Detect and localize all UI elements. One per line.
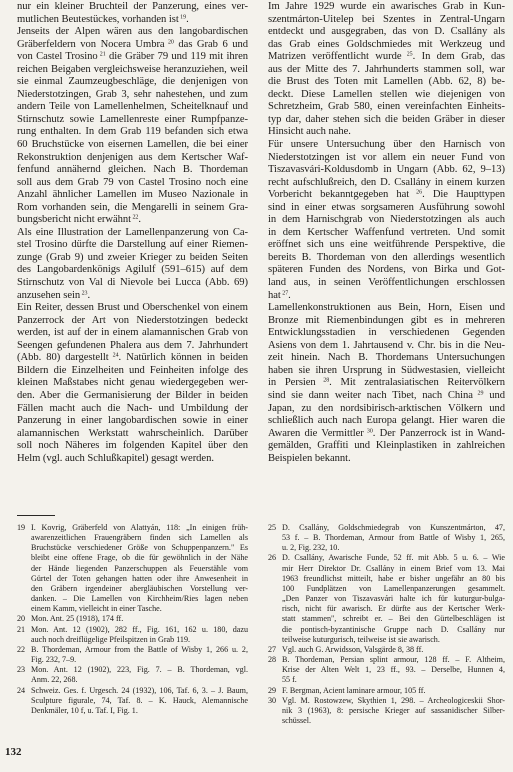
footnote-26: 26D. Csallány, Awarische Funde, 52 ff. m… bbox=[268, 553, 505, 644]
footnote-24: 24Schweiz. Ges. f. Urgesch. 24 (1932), 1… bbox=[17, 686, 248, 716]
footnote-23: 23Mon. Ant. 12 (1902), 223, Fig. 7. – B.… bbox=[17, 665, 248, 685]
footnote-line: Gürtel der Toten gehangen hatten oder ih… bbox=[31, 574, 248, 584]
text-line: andern Teile von Lamellenhelmen, Scheite… bbox=[17, 101, 248, 114]
footnote-reference[interactable]: 30 bbox=[364, 428, 373, 434]
text-line: Stirnschutz von Val di Nievole bei Lucca… bbox=[17, 277, 248, 290]
text-line: in dem Kertscher Waffenfund vertreten. U… bbox=[268, 227, 505, 240]
footnote-line: Vgl. auch G. Arwidsson, Valsgärde 8, 38 … bbox=[282, 645, 505, 655]
footnote-number: 23 bbox=[17, 665, 25, 675]
text-line: Matrizen veröffentlicht wurde 25. In dem… bbox=[268, 51, 505, 64]
text-line: Hinsicht auch nahe. bbox=[268, 126, 505, 139]
footnote-reference[interactable]: 23 bbox=[80, 290, 87, 296]
text-line: Gräberfeldern von Nocera Umbra 20 das Gr… bbox=[17, 39, 248, 52]
footnotes-right: 25D. Csallány, Goldschmiedegrab von Kuns… bbox=[268, 523, 505, 726]
text-line: Stirnschutz sowie Lamellenreste einer Ru… bbox=[17, 114, 248, 127]
text-line: sie einmal Zaumzeugbeschläge, die denjen… bbox=[17, 76, 248, 89]
footnote-22: 22B. Thordeman, Armour from the Battle o… bbox=[17, 645, 248, 665]
footnote-line: 1963 freundlichst mitteilt, habe er bish… bbox=[282, 574, 505, 584]
text-line: gemälden, Graffiti und Kleinplastiken in… bbox=[268, 440, 505, 453]
footnote-reference[interactable]: 20 bbox=[165, 39, 174, 45]
text-line: 60 Bruchstücke von eisernen Lamellen, di… bbox=[17, 139, 248, 152]
footnote-line: Schweiz. Ges. f. Urgesch. 24 (1932), 106… bbox=[31, 686, 248, 696]
footnote-line: risch, nicht für awarisch. Er dürfte aus… bbox=[282, 604, 505, 614]
text-line: Entwicklungsstadien in verschiedenen Geg… bbox=[268, 327, 505, 340]
footnote-line: danken. – Die Lamellen von Kirchheim/Rie… bbox=[31, 594, 248, 604]
page-number: 132 bbox=[5, 746, 22, 758]
text-line: (Abb. 80) dargestellt 24. Natürlich könn… bbox=[17, 352, 248, 365]
footnote-number: 26 bbox=[268, 553, 276, 563]
footnote-number: 20 bbox=[17, 614, 25, 624]
paragraph: Jenseits der Alpen wären aus den langoba… bbox=[17, 26, 248, 227]
footnote-reference[interactable]: 27 bbox=[281, 290, 288, 296]
text-line: Helm (vgl. auch Schlußkapitel) gesagt we… bbox=[17, 453, 248, 466]
text-line: deckt. Diese Lamellen stellen wie diejen… bbox=[268, 89, 505, 102]
paragraph: Im Jahre 1929 wurde ein awarisches Grab … bbox=[268, 1, 505, 139]
text-line: Asiens von dem 1. Jahrtausend v. Chr. bi… bbox=[268, 340, 505, 353]
text-line: Niederstotzingen ist vor allem ein neuer… bbox=[268, 152, 505, 165]
text-line: recht aufschlußreich, den D. Csallány in… bbox=[268, 177, 505, 190]
paragraph: Ein Reiter, dessen Brust und Oberschenke… bbox=[17, 302, 248, 465]
footnote-20: 20Mon. Ant. 25 (1918), 174 ff. bbox=[17, 614, 248, 624]
text-line: Rekonstruktion denjenigen aus dem Kertsc… bbox=[17, 152, 248, 165]
footnote-29: 29F. Bergman, Acient laminare armour, 10… bbox=[268, 686, 505, 696]
footnote-reference[interactable]: 24 bbox=[109, 353, 119, 359]
footnote-line: F. Bergman, Acient laminare armour, 105 … bbox=[282, 686, 505, 696]
footnote-number: 30 bbox=[268, 696, 276, 706]
text-line: Panzerung in einer langobardischen sowie… bbox=[17, 415, 248, 428]
text-line: Vorbericht bekanntgegeben hat 26. Die Ha… bbox=[268, 189, 505, 202]
footnote-number: 25 bbox=[268, 523, 276, 533]
text-line: Rom vorhanden sein, die Mengarelli in se… bbox=[17, 202, 248, 215]
text-line: mutlichen Beutestückes, vorhanden ist 19… bbox=[17, 14, 248, 27]
footnote-number: 24 bbox=[17, 686, 25, 696]
text-line: entdeckt und ausgegraben, das von D. Csa… bbox=[268, 26, 505, 39]
text-line: fenfund annähernd gleichen. Nach B. Thor… bbox=[17, 164, 248, 177]
paragraph: Für unsere Untersuchung über den Harnisc… bbox=[268, 139, 505, 302]
footnote-line: Mon. Ant. 12 (1902), 282 ff., Fig. 161, … bbox=[31, 625, 248, 635]
text-line: soll noch Näheres im folgenden Kapitel ü… bbox=[17, 440, 248, 453]
footnote-line: 53 f. – B. Thordeman, Armour from Battle… bbox=[282, 533, 505, 543]
text-line: eröffnet sich uns eine weitführende Pers… bbox=[268, 239, 505, 252]
footnote-line: mir Herr Direktor Dr. Csallány in einem … bbox=[282, 564, 505, 574]
footnote-line: Mon. Ant. 25 (1918), 174 ff. bbox=[31, 614, 248, 624]
text-line: rung enthalten. In dem Grab 119 befanden… bbox=[17, 126, 248, 139]
footnote-reference[interactable]: 29 bbox=[473, 390, 484, 396]
text-line: Ein Reiter, dessen Brust und Oberschenke… bbox=[17, 302, 248, 315]
text-line: reichen Beigaben vergleichsweise heranzu… bbox=[17, 64, 248, 77]
footnote-line: B. Thordeman, Armour from the Battle of … bbox=[31, 645, 248, 655]
footnote-line: D. Csallány, Awarische Funde, 52 ff. mit… bbox=[282, 553, 505, 563]
footnote-reference[interactable]: 25 bbox=[402, 52, 413, 58]
footnote-line: einem Kamm, vielleicht in einer Tasche. bbox=[31, 604, 248, 614]
text-line: Bildern die Einzelheiten und Feinheiten … bbox=[17, 365, 248, 378]
text-line: alamannischen Werkstatt wahrscheinlich. … bbox=[17, 428, 248, 441]
text-line: in dem Harnischgrab von Niederstotzingen… bbox=[268, 214, 505, 227]
text-line: zunge (Grab 9) und zweier Krieger zu bei… bbox=[17, 252, 248, 265]
footnote-line: Fig. 232, 7–9. bbox=[31, 655, 248, 665]
text-line: Anzahl ähnlicher Lamellen im Museo Nazio… bbox=[17, 189, 248, 202]
text-line: Beispielen bekannt. bbox=[268, 453, 505, 466]
text-line: das Grab eines Goldschmiedes mit Werkzeu… bbox=[268, 39, 505, 52]
book-page: nur ein kleiner Bruchteil der Panzerung,… bbox=[0, 0, 513, 772]
footnote-line: statt stammen", schreibt er. – Bei den G… bbox=[282, 614, 505, 624]
footnote-line: der Hände liegenden Panzerschuppen als F… bbox=[31, 564, 248, 574]
footnote-reference[interactable]: 22 bbox=[131, 215, 138, 221]
footnote-line: I. Kovrig, Gräberfeld von Alattyán, 118:… bbox=[31, 523, 248, 533]
footnote-line: nik 3 (1963), 8: persische Krieger auf s… bbox=[282, 706, 505, 716]
footnote-line: Bruchstücke verschiedener Größe von Schu… bbox=[31, 543, 248, 553]
footnote-line: auch noch dreiflügelige Pfeilspitzen in … bbox=[31, 635, 248, 645]
text-line: Niederstotzingen, Grab 3, sehr nahestehe… bbox=[17, 89, 248, 102]
footnote-line: „Den Panzer von Tiszavasvári halte ich f… bbox=[282, 594, 505, 604]
text-line: des Langobardenkönigs Agilulf (591–615) … bbox=[17, 264, 248, 277]
footnote-number: 29 bbox=[268, 686, 276, 696]
text-line: Lamellenkonstruktionen aus Bein, Horn, E… bbox=[268, 302, 505, 315]
footnote-30: 30Vgl. M. Rostowzew, Skythien 1, 298. – … bbox=[268, 696, 505, 726]
paragraph: nur ein kleiner Bruchteil der Panzerung,… bbox=[17, 1, 248, 26]
footnote-line: Krise der Alten Welt 1, 23 ff., 93. – De… bbox=[282, 665, 505, 675]
text-line: schließlich auch nach Europa gelangt. Hi… bbox=[268, 415, 505, 428]
footnote-line: D. Csallány, Goldschmiedegrab von Kunsze… bbox=[282, 523, 505, 533]
footnote-line: 55 f. bbox=[282, 675, 505, 685]
footnote-19: 19I. Kovrig, Gräberfeld von Alattyán, 11… bbox=[17, 523, 248, 614]
footnote-line: awarenzeitlichen Frauengräbern finden si… bbox=[31, 533, 248, 543]
footnote-reference[interactable]: 26 bbox=[409, 190, 422, 196]
text-line: sind in einer etwas sorgsameren Ausführu… bbox=[268, 202, 505, 215]
text-line: szentmárton-Uitelep bei Szentes in Zentr… bbox=[268, 14, 505, 27]
text-line: Für unsere Untersuchung über den Harnisc… bbox=[268, 139, 505, 152]
text-line: die Brust des Toten mit Lamellen (Abb. 6… bbox=[268, 76, 505, 89]
footnote-21: 21Mon. Ant. 12 (1902), 282 ff., Fig. 161… bbox=[17, 625, 248, 645]
footnote-line: Denkmäler, 10 f, u. Taf. I, Fig. 1. bbox=[31, 706, 248, 716]
footnote-line: die pontisch-byzantinische Gruppe nach D… bbox=[282, 625, 505, 635]
footnote-line: u. 2, Fig. 232, 10. bbox=[282, 543, 505, 553]
text-line: Seengen gefundenen Phalera aus dem 7. Ja… bbox=[17, 340, 248, 353]
footnote-reference[interactable]: 19 bbox=[179, 14, 186, 20]
text-line: Jenseits der Alpen wären aus den langoba… bbox=[17, 26, 248, 39]
footnote-number: 22 bbox=[17, 645, 25, 655]
footnote-27: 27Vgl. auch G. Arwidsson, Valsgärde 8, 3… bbox=[268, 645, 505, 655]
footnote-25: 25D. Csallány, Goldschmiedegrab von Kuns… bbox=[268, 523, 505, 553]
text-line: hat 27. bbox=[268, 290, 505, 303]
text-line: kleinen Maßstabes nicht genau wiedergege… bbox=[17, 377, 248, 390]
text-line: den. Aber die Germanisierung der Bilder … bbox=[17, 390, 248, 403]
text-line: Japan, zu den nordsibirisch-arktischen V… bbox=[268, 403, 505, 416]
text-line: soll aus dem Grab 79 von Castel Trosino … bbox=[17, 177, 248, 190]
text-line: zeit hinein. Nach B. Thordemans Untersuc… bbox=[268, 352, 505, 365]
text-line: bereits B. Thordeman von den allerdings … bbox=[268, 252, 505, 265]
paragraph: Lamellenkonstruktionen aus Bein, Horn, E… bbox=[268, 302, 505, 465]
footnote-28: 28B. Thordeman, Persian splint armour, 1… bbox=[268, 655, 505, 685]
text-line: aus der Mitte des 7. Jahrhunderts stamme… bbox=[268, 64, 505, 77]
footnote-line: Anm. 22, 268. bbox=[31, 675, 248, 685]
footnote-separator-rule bbox=[17, 515, 55, 516]
footnote-line: 100 Fundplätzen von Lamellenpanzerungen … bbox=[282, 584, 505, 594]
text-line: Tiszavasvári-Koldusdomb in Ungarn (Abb. … bbox=[268, 164, 505, 177]
text-line: stel Trosino dürfte die Darstellung auf … bbox=[17, 239, 248, 252]
text-line: Fällen macht auch die Nach- und Umbildun… bbox=[17, 403, 248, 416]
left-text-column: nur ein kleiner Bruchteil der Panzerung,… bbox=[17, 1, 248, 465]
text-line: typ dar, daher stehen sich die beiden Gr… bbox=[268, 114, 505, 127]
footnote-number: 27 bbox=[268, 645, 276, 655]
footnote-line: Vgl. M. Rostowzew, Skythien 1, 298. – Ar… bbox=[282, 696, 505, 706]
text-line: Als eine Illustration der Lamellenpanzer… bbox=[17, 227, 248, 240]
text-line: von Castel Trosino 21 die Gräber 79 und … bbox=[17, 51, 248, 64]
footnote-line: den Gräbern irgendeiner abergläubischen … bbox=[31, 584, 248, 594]
right-text-column: Im Jahre 1929 wurde ein awarisches Grab … bbox=[268, 1, 505, 465]
text-line: nur ein kleiner Bruchteil der Panzerung,… bbox=[17, 1, 248, 14]
text-line: werden, ist auf der in einem alamannisch… bbox=[17, 327, 248, 340]
footnote-line: Mon. Ant. 12 (1902), 223, Fig. 7. – B. T… bbox=[31, 665, 248, 675]
text-line: späteren Funden des Nordens, von Birka u… bbox=[268, 264, 505, 277]
text-line: haben sie ihren Ursprung in Südwestasien… bbox=[268, 365, 505, 378]
text-line: Panzerrock der Art von Niederstotzingen … bbox=[17, 315, 248, 328]
footnote-reference[interactable]: 28 bbox=[316, 378, 329, 384]
footnote-line: schüssel. bbox=[282, 716, 505, 726]
text-line: Bronze mit Riemenbindungen gibt es in me… bbox=[268, 315, 505, 328]
footnote-line: B. Thordeman, Persian splint armour, 128… bbox=[282, 655, 505, 665]
footnote-reference[interactable]: 21 bbox=[98, 52, 106, 58]
paragraph: Als eine Illustration der Lamellenpanzer… bbox=[17, 227, 248, 302]
footnote-number: 19 bbox=[17, 523, 25, 533]
text-line: land aus, in seinen Veröffentlichungen e… bbox=[268, 277, 505, 290]
text-line: sind sie dann weiter nach Tibet, nach Ch… bbox=[268, 390, 505, 403]
text-line: Schretzheim, Grab 580, einen vereinfacht… bbox=[268, 101, 505, 114]
footnote-number: 28 bbox=[268, 655, 276, 665]
text-line: bungsbericht nicht erwähnt 22. bbox=[17, 214, 248, 227]
text-line: in Persien 28. Mit zentralasiatischen Re… bbox=[268, 377, 505, 390]
text-line: Awaren die Vermittler 30. Der Panzerrock… bbox=[268, 428, 505, 441]
footnote-line: bleibt eine offene Frage, ob die für gew… bbox=[31, 553, 248, 563]
footnote-line: Sculpture figurale, 74, Taf. 8. – K. Hau… bbox=[31, 696, 248, 706]
footnote-line: teilweise kuturgurisch, teilweise ist si… bbox=[282, 635, 505, 645]
footnote-number: 21 bbox=[17, 625, 25, 635]
text-line: anzusehen sein 23. bbox=[17, 290, 248, 303]
footnotes-left: 19I. Kovrig, Gräberfeld von Alattyán, 11… bbox=[17, 523, 248, 716]
text-line: Im Jahre 1929 wurde ein awarisches Grab … bbox=[268, 1, 505, 14]
